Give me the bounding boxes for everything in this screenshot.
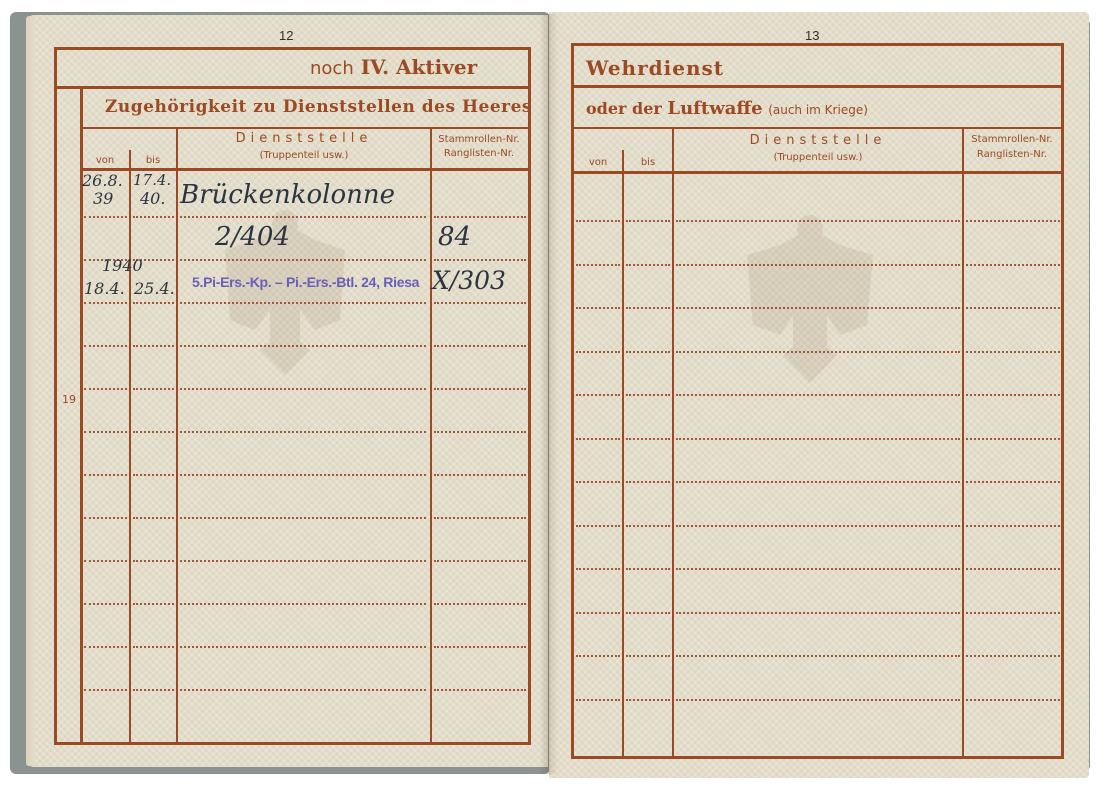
entry1-stammrollen: 84 <box>438 222 471 252</box>
row-ruling-line <box>180 431 426 433</box>
row-ruling-line <box>676 568 960 570</box>
row-ruling-line <box>434 388 526 390</box>
row-ruling-line <box>84 646 127 648</box>
left-title-divider <box>54 86 531 89</box>
row-ruling-line <box>84 517 127 519</box>
row-ruling-line <box>180 474 426 476</box>
left-col-dienststelle: Dienststelle <box>178 131 430 146</box>
row-ruling-line <box>676 525 960 527</box>
left-margin-number: 19 <box>62 393 76 406</box>
row-ruling-line <box>84 216 127 218</box>
row-ruling-line <box>626 481 670 483</box>
page-number-left: 12 <box>279 28 293 43</box>
left-subtitle: Zugehörigkeit zu Dienststellen des Heere… <box>105 97 532 117</box>
row-ruling-line <box>626 699 670 701</box>
row-ruling-line <box>966 525 1060 527</box>
row-ruling-line <box>966 568 1060 570</box>
row-ruling-line <box>966 307 1060 309</box>
row-ruling-line <box>434 302 526 304</box>
book-spine <box>540 14 558 774</box>
row-ruling-line <box>576 438 620 440</box>
right-subtitle-divider <box>573 127 1062 129</box>
entry1-dienststelle-line2: 2/404 <box>215 222 290 252</box>
row-ruling-line <box>966 220 1060 222</box>
entry1-dienststelle-line1: Brückenkolonne <box>180 180 395 210</box>
row-ruling-line <box>626 394 670 396</box>
row-ruling-line <box>434 517 526 519</box>
right-col-stammrollen-1: Stammrollen-Nr. <box>963 133 1061 147</box>
row-ruling-line <box>576 351 620 353</box>
left-title-main: IV. Aktiver <box>361 55 477 79</box>
row-ruling-line <box>576 655 620 657</box>
row-ruling-line <box>626 525 670 527</box>
right-col-bis: bis <box>624 156 672 170</box>
entry2-von-line1: 1940 <box>102 256 143 275</box>
right-col-line-dienst-stamm <box>962 128 964 757</box>
entry1-von-line2: 39 <box>93 189 113 208</box>
left-col-stammrollen-2: Ranglisten-Nr. <box>431 147 527 161</box>
row-ruling-line <box>966 438 1060 440</box>
row-ruling-line <box>133 517 174 519</box>
row-ruling-line <box>676 394 960 396</box>
row-ruling-line <box>133 302 174 304</box>
row-ruling-line <box>133 689 174 691</box>
right-col-line-bis-dienst <box>672 128 674 757</box>
row-ruling-line <box>180 560 426 562</box>
row-ruling-line <box>133 646 174 648</box>
row-ruling-line <box>676 438 960 440</box>
right-subtitle-prefix: oder der <box>586 99 662 118</box>
left-col-line-bis-dienst <box>176 128 178 744</box>
row-ruling-line <box>133 474 174 476</box>
right-col-von: von <box>574 156 622 170</box>
row-ruling-line <box>180 345 426 347</box>
row-ruling-line <box>576 612 620 614</box>
row-ruling-line <box>626 655 670 657</box>
row-ruling-line <box>180 216 426 218</box>
row-ruling-line <box>84 560 127 562</box>
left-subtitle-divider <box>81 127 529 129</box>
row-ruling-line <box>966 699 1060 701</box>
entry2-von-line2: 18.4. <box>84 279 125 298</box>
left-title: noch IV. Aktiver <box>310 55 477 79</box>
row-ruling-line <box>84 388 127 390</box>
row-ruling-line <box>133 388 174 390</box>
row-ruling-line <box>676 264 960 266</box>
row-ruling-line <box>180 517 426 519</box>
left-col-von: von <box>82 154 128 168</box>
row-ruling-line <box>966 351 1060 353</box>
row-ruling-line <box>626 351 670 353</box>
row-ruling-line <box>966 264 1060 266</box>
row-ruling-line <box>434 259 526 261</box>
row-ruling-line <box>626 220 670 222</box>
row-ruling-line <box>626 568 670 570</box>
row-ruling-line <box>576 394 620 396</box>
row-ruling-line <box>84 345 127 347</box>
right-title: Wehrdienst <box>586 56 724 80</box>
row-ruling-line <box>434 474 526 476</box>
row-ruling-line <box>676 481 960 483</box>
row-ruling-line <box>133 431 174 433</box>
row-ruling-line <box>180 603 426 605</box>
row-ruling-line <box>626 307 670 309</box>
row-ruling-line <box>434 689 526 691</box>
entry1-bis-line2: 40. <box>140 189 165 208</box>
row-ruling-line <box>626 264 670 266</box>
left-col-stammrollen-1: Stammrollen-Nr. <box>431 133 527 147</box>
left-col-dienststelle-sub: (Truppenteil usw.) <box>178 149 430 163</box>
entry1-von-line1: 26.8. <box>82 171 123 190</box>
row-ruling-line <box>84 689 127 691</box>
row-ruling-line <box>133 216 174 218</box>
entry2-stammrollen: X/303 <box>432 266 506 295</box>
row-ruling-line <box>434 603 526 605</box>
row-ruling-line <box>966 394 1060 396</box>
right-col-dienststelle: Dienststelle <box>674 133 962 148</box>
entry2-bis-line2: 25.4. <box>134 279 175 298</box>
row-ruling-line <box>434 560 526 562</box>
row-ruling-line <box>676 699 960 701</box>
row-ruling-line <box>676 612 960 614</box>
right-col-stammrollen-2: Ranglisten-Nr. <box>963 148 1061 162</box>
row-ruling-line <box>434 646 526 648</box>
row-ruling-line <box>676 655 960 657</box>
row-ruling-line <box>180 646 426 648</box>
row-ruling-line <box>180 259 426 261</box>
row-ruling-line <box>434 216 526 218</box>
right-col-dienststelle-sub: (Truppenteil usw.) <box>674 151 962 165</box>
row-ruling-line <box>626 612 670 614</box>
page-number-right: 13 <box>805 28 819 43</box>
right-header-divider <box>573 171 1062 174</box>
right-subtitle-suffix: (auch im Kriege) <box>768 103 868 117</box>
row-ruling-line <box>180 388 426 390</box>
entry1-bis-line1: 17.4. <box>133 171 171 189</box>
row-ruling-line <box>576 568 620 570</box>
row-ruling-line <box>966 481 1060 483</box>
row-ruling-line <box>576 220 620 222</box>
row-ruling-line <box>84 603 127 605</box>
right-subtitle: oder der Luftwaffe (auch im Kriege) <box>586 98 868 119</box>
row-ruling-line <box>576 699 620 701</box>
row-ruling-line <box>434 345 526 347</box>
row-ruling-line <box>576 264 620 266</box>
row-ruling-line <box>576 481 620 483</box>
row-ruling-line <box>180 689 426 691</box>
row-ruling-line <box>576 525 620 527</box>
row-ruling-line <box>626 438 670 440</box>
row-ruling-line <box>133 603 174 605</box>
row-ruling-line <box>676 307 960 309</box>
row-ruling-line <box>133 560 174 562</box>
row-ruling-line <box>180 302 426 304</box>
row-ruling-line <box>84 431 127 433</box>
row-ruling-line <box>133 345 174 347</box>
row-ruling-line <box>84 302 127 304</box>
left-col-bis: bis <box>130 154 176 168</box>
row-ruling-line <box>966 655 1060 657</box>
right-title-divider <box>571 85 1064 88</box>
right-col-line-von-bis <box>622 150 624 757</box>
row-ruling-line <box>434 431 526 433</box>
left-col-line-dienst-stamm <box>430 128 432 744</box>
row-ruling-line <box>676 351 960 353</box>
row-ruling-line <box>676 220 960 222</box>
left-title-prefix: noch <box>310 58 354 79</box>
row-ruling-line <box>966 612 1060 614</box>
row-ruling-line <box>576 307 620 309</box>
row-ruling-line <box>84 474 127 476</box>
left-col-line-von-bis <box>129 150 131 744</box>
entry2-stamp: 5.Pi-Ers.-Kp. – Pi.-Ers.-Btl. 24, Riesa <box>192 274 419 290</box>
right-subtitle-bold: Luftwaffe <box>667 98 762 119</box>
